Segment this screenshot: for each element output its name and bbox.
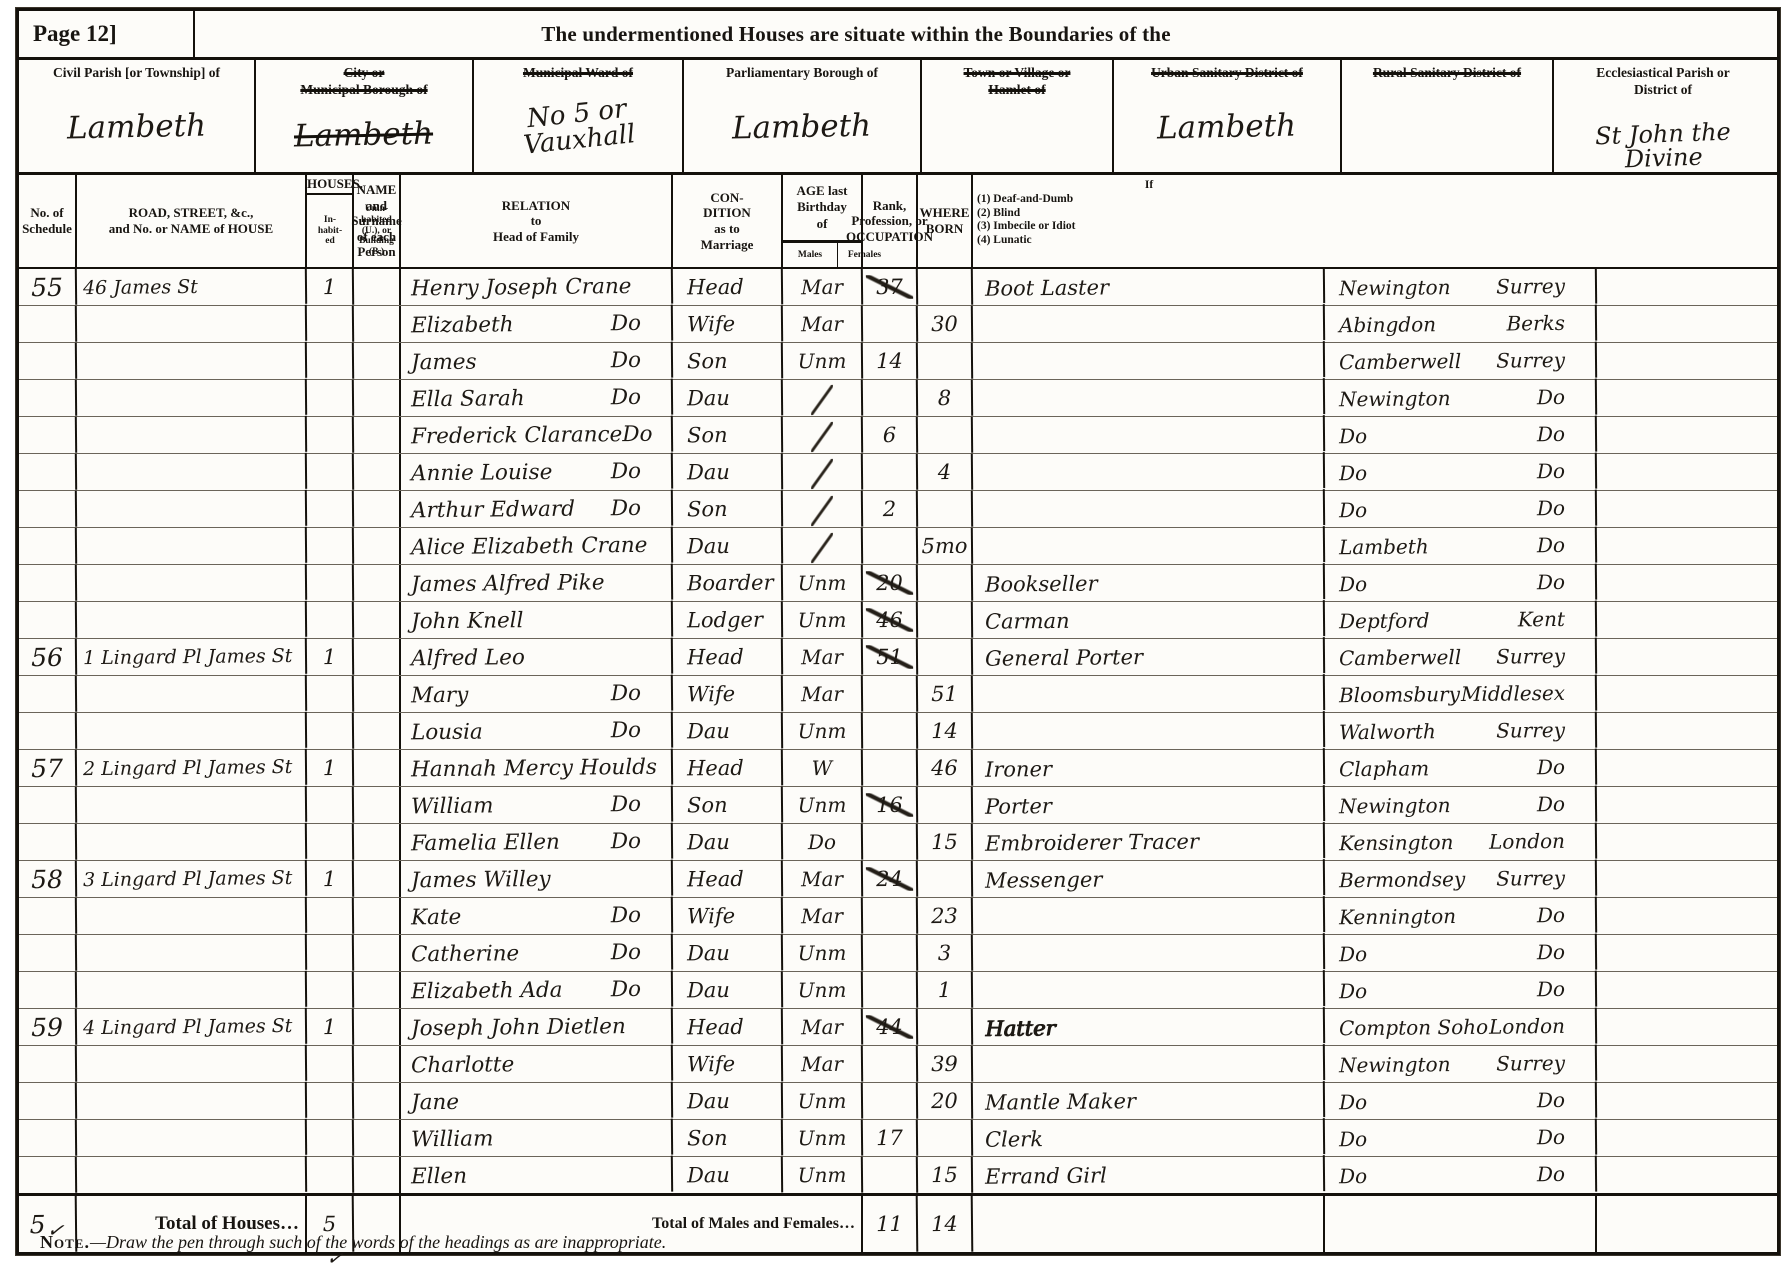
person-name: Joseph John Dietlen — [411, 1014, 626, 1041]
inhabited-cell — [307, 713, 354, 749]
district-value: No 5 or Vauxhall — [518, 76, 639, 177]
inhabited-cell — [307, 898, 354, 934]
district-label: Town or Village or Hamlet of — [964, 60, 1071, 99]
born-place: Bloomsbury — [1339, 682, 1460, 707]
age-male-cell — [863, 306, 918, 343]
age-male-value: 51 — [866, 645, 913, 669]
uninhabited-cell — [354, 787, 401, 823]
born-place: Newington — [1339, 793, 1451, 818]
name-cell: Famelia EllenDo — [401, 823, 673, 862]
age-male-cell — [863, 824, 918, 861]
person-name: Elizabeth Ada — [411, 977, 563, 1004]
condition-cell — [783, 380, 863, 417]
road-cell: 3 Lingard Pl James St — [77, 860, 307, 898]
road-cell — [77, 453, 307, 491]
col-born: WHERE BORN — [918, 175, 973, 267]
person-name: Henry Joseph Crane — [411, 274, 632, 301]
age-female-value: 46 — [931, 756, 958, 780]
age-female-cell — [918, 1009, 973, 1046]
born-cell: DoDo — [1325, 971, 1597, 1010]
uninhabited-cell — [354, 713, 401, 749]
district-value: Lambeth — [66, 80, 207, 173]
born-cell: NewingtonSurrey — [1325, 1045, 1597, 1084]
district-label: Urban Sanitary District of — [1151, 60, 1303, 82]
infirmity-cell — [1597, 824, 1769, 860]
age-male-cell — [863, 713, 918, 750]
road-cell — [77, 934, 307, 972]
table-row: James Alfred PikeBoarderUnm20BooksellerD… — [19, 565, 1777, 602]
condition-cell: Unm — [783, 565, 863, 602]
person-name: Lousia — [411, 719, 483, 745]
born-county: Do — [1537, 755, 1565, 779]
schedule-cell: 55 — [19, 269, 77, 306]
inhabited-cell — [307, 306, 354, 342]
relation-cell: Dau — [673, 379, 783, 416]
uninhabited-cell — [354, 750, 401, 786]
inhabited-cell — [307, 1157, 354, 1193]
surname-ditto: Do — [611, 828, 641, 853]
condition-cell: Unm — [783, 1120, 863, 1157]
total-occupation-cell — [973, 1196, 1325, 1252]
col-condition: CON- DITION as to Marriage — [673, 175, 783, 267]
age-male-value: 44 — [866, 1015, 913, 1039]
occupation-cell — [973, 896, 1325, 936]
name-cell: JamesDo — [401, 342, 673, 381]
district-value: Lambeth — [732, 80, 873, 173]
occupation-cell — [973, 378, 1325, 418]
age-male-cell — [863, 1046, 918, 1083]
total-males-value: 11 — [863, 1196, 919, 1253]
col-infirmities-list: (1) Deaf-and-Dumb (2) Blind (3) Imbecile… — [977, 193, 1075, 248]
age-female-value: 30 — [931, 312, 958, 336]
infirmity-cell — [1597, 565, 1769, 601]
occupation-cell: Porter — [973, 785, 1325, 825]
col-houses-group: HOUSES. In- habit- ed Unin- habited (U.)… — [307, 175, 354, 267]
road-cell — [77, 712, 307, 750]
inhabited-cell — [307, 343, 354, 379]
table-header: No. of Schedule ROAD, STREET, &c., and N… — [19, 175, 1777, 269]
age-female-value: 15 — [931, 830, 958, 854]
age-female-cell — [918, 417, 973, 454]
uninhabited-cell — [354, 602, 401, 638]
relation-cell: Son — [673, 416, 783, 453]
road-cell — [77, 564, 307, 602]
surname-ditto: Do — [611, 495, 641, 520]
age-female-cell — [918, 1120, 973, 1157]
pen-slash-mark — [811, 422, 833, 452]
inhabited-cell — [307, 602, 354, 638]
relation-cell: Head — [673, 638, 783, 675]
table-row: LousiaDoDauUnm14WalworthSurrey — [19, 713, 1777, 750]
district-cell: City or Municipal Borough ofLambeth — [256, 60, 474, 172]
born-county: Surrey — [1496, 718, 1565, 743]
infirmity-cell — [1597, 787, 1769, 823]
infirmity-cell — [1597, 343, 1769, 379]
age-female-cell: 3 — [918, 935, 973, 972]
name-cell: Ella SarahDo — [401, 379, 673, 418]
age-female-cell: 15 — [918, 824, 973, 861]
road-cell — [77, 342, 307, 380]
name-cell: CatherineDo — [401, 934, 673, 973]
name-cell: WilliamDo — [401, 786, 673, 825]
person-name: William — [411, 1126, 494, 1152]
relation-cell: Lodger — [673, 601, 783, 638]
condition-cell: Unm — [783, 343, 863, 380]
born-place: Do — [1339, 498, 1367, 522]
born-cell: AbingdonBerks — [1325, 305, 1597, 344]
infirmity-cell — [1597, 380, 1769, 416]
table-row: CharlotteWifeMar39NewingtonSurrey — [19, 1046, 1777, 1083]
person-name: Arthur Edward — [411, 496, 575, 523]
relation-cell: Dau — [673, 712, 783, 749]
born-county: Do — [1537, 570, 1565, 594]
condition-cell — [783, 491, 863, 528]
name-cell: William — [401, 1119, 673, 1158]
condition-cell: W — [783, 750, 863, 787]
age-male-cell: 46 — [863, 602, 918, 639]
born-county: Do — [1537, 977, 1565, 1001]
district-label: Ecclesiastical Parish or District of — [1596, 60, 1729, 99]
col-males: Males — [783, 243, 838, 267]
condition-cell: Unm — [783, 935, 863, 972]
road-cell: 46 James St — [77, 268, 307, 306]
infirmity-cell — [1597, 1046, 1769, 1082]
condition-cell — [783, 417, 863, 454]
infirmity-cell — [1597, 935, 1769, 971]
born-county: Surrey — [1496, 274, 1565, 299]
born-county: Berks — [1506, 311, 1565, 336]
inhabited-cell — [307, 935, 354, 971]
infirmity-cell — [1597, 269, 1769, 305]
condition-cell: Mar — [783, 269, 863, 306]
relation-cell: Dau — [673, 934, 783, 971]
surname-ditto: Do — [611, 347, 641, 372]
person-name: Kate — [411, 904, 462, 930]
uninhabited-cell — [354, 269, 401, 305]
table-row: CatherineDoDauUnm3DoDo — [19, 935, 1777, 972]
uninhabited-cell — [354, 1046, 401, 1082]
district-label: Civil Parish [or Township] of — [53, 60, 220, 82]
person-name: Alice Elizabeth Crane — [411, 532, 648, 559]
occupation-cell — [973, 526, 1325, 566]
occupation-cell — [973, 933, 1325, 973]
name-cell: KateDo — [401, 897, 673, 936]
surname-ditto: Do — [611, 680, 641, 705]
table-row: Alice Elizabeth CraneDau5moLambethDo — [19, 528, 1777, 565]
infirmity-cell — [1597, 528, 1769, 564]
inhabited-cell — [307, 528, 354, 564]
born-cell: KensingtonLondon — [1325, 823, 1597, 862]
pen-slash-mark — [811, 533, 833, 563]
col-schedule: No. of Schedule — [19, 175, 77, 267]
infirmity-cell — [1597, 639, 1769, 675]
age-female-cell — [918, 639, 973, 676]
table-row: Arthur EdwardDoSon2DoDo — [19, 491, 1777, 528]
table-row: Ella SarahDoDau8NewingtonDo — [19, 380, 1777, 417]
district-value — [1016, 99, 1018, 172]
name-cell: Ellen — [401, 1156, 673, 1195]
person-name: Frederick Clarance — [411, 422, 623, 449]
condition-cell: Mar — [783, 676, 863, 713]
born-county: Do — [1537, 1088, 1565, 1112]
name-cell: Alice Elizabeth Crane — [401, 527, 673, 566]
name-cell: Alfred Leo — [401, 638, 673, 677]
table-row: Annie LouiseDoDau4DoDo — [19, 454, 1777, 491]
uninhabited-cell — [354, 1120, 401, 1156]
born-county: Do — [1537, 422, 1565, 446]
age-male-cell: 20 — [863, 565, 918, 602]
note-text: —Draw the pen through such of the words … — [90, 1232, 666, 1252]
condition-cell: Mar — [783, 861, 863, 898]
table-row: John KnellLodgerUnm46CarmanDeptfordKent — [19, 602, 1777, 639]
infirmity-cell — [1597, 602, 1769, 638]
age-male-cell — [863, 935, 918, 972]
age-female-cell: 1 — [918, 972, 973, 1009]
infirmity-cell — [1597, 1157, 1769, 1193]
age-female-cell: 8 — [918, 380, 973, 417]
table-row: 572 Lingard Pl James St1Hannah Mercy Hou… — [19, 750, 1777, 787]
person-name: Elizabeth — [411, 312, 514, 338]
relation-cell: Boarder — [673, 564, 783, 601]
total-females-value: 14 — [918, 1196, 974, 1253]
age-female-cell: 4 — [918, 454, 973, 491]
road-cell — [77, 305, 307, 343]
name-cell: Henry Joseph Crane — [401, 268, 673, 307]
inhabited-cell: 1 — [307, 861, 354, 897]
district-header: Civil Parish [or Township] ofLambethCity… — [19, 60, 1777, 175]
col-occupation: Rank, Profession, or OCCUPATION — [863, 175, 918, 267]
table-row: KateDoWifeMar23KenningtonDo — [19, 898, 1777, 935]
person-name: James Alfred Pike — [411, 570, 605, 597]
born-county: Surrey — [1496, 866, 1565, 891]
name-cell: Annie LouiseDo — [401, 453, 673, 492]
col-infirmities: If (1) Deaf-and-Dumb (2) Blind (3) Imbec… — [973, 175, 1325, 267]
schedule-cell — [19, 417, 77, 454]
age-male-cell — [863, 676, 918, 713]
relation-cell: Son — [673, 490, 783, 527]
road-cell — [77, 897, 307, 935]
age-female-cell — [918, 269, 973, 306]
name-cell: MaryDo — [401, 675, 673, 714]
condition-cell: Do — [783, 824, 863, 861]
condition-cell — [783, 528, 863, 565]
age-female-cell: 20 — [918, 1083, 973, 1120]
occupation-cell: Embroiderer Tracer — [973, 822, 1325, 862]
surname-ditto: Do — [611, 939, 641, 964]
person-name: Alfred Leo — [411, 645, 525, 671]
age-female-value: 20 — [931, 1089, 958, 1113]
born-county: Do — [1537, 385, 1565, 409]
born-county: Do — [1537, 459, 1565, 483]
born-place: Kennington — [1339, 904, 1456, 929]
occupation-cell: Ironer — [973, 748, 1325, 788]
born-county: Do — [1537, 496, 1565, 520]
surname-ditto: Do — [611, 902, 641, 927]
col-infirmities-title: If — [977, 179, 1321, 193]
pen-slash-mark — [811, 459, 833, 489]
uninhabited-cell — [354, 565, 401, 601]
uninhabited-cell — [354, 861, 401, 897]
age-male-cell — [863, 898, 918, 935]
age-male-cell: 17 — [863, 1120, 918, 1157]
occupation-cell: Mantle Maker — [973, 1081, 1325, 1121]
inhabited-cell — [307, 380, 354, 416]
schedule-cell — [19, 898, 77, 935]
age-male-value: 17 — [876, 1126, 903, 1150]
person-name: Famelia Ellen — [411, 829, 560, 856]
person-name: Jane — [411, 1089, 459, 1115]
name-cell: Charlotte — [401, 1045, 673, 1084]
road-cell — [77, 490, 307, 528]
born-place: Do — [1339, 1127, 1367, 1151]
table-row: Frederick ClaranceDoSon6DoDo — [19, 417, 1777, 454]
born-cell: DoDo — [1325, 1119, 1597, 1158]
inhabited-cell — [307, 1120, 354, 1156]
district-cell: Civil Parish [or Township] ofLambeth — [19, 60, 256, 172]
age-female-cell: 15 — [918, 1157, 973, 1194]
infirmity-cell — [1597, 676, 1769, 712]
uninhabited-cell — [354, 306, 401, 342]
surname-ditto: Do — [611, 384, 641, 409]
uninhabited-cell — [354, 972, 401, 1008]
born-cell: CamberwellSurrey — [1325, 342, 1597, 381]
born-cell: DoDo — [1325, 490, 1597, 529]
occupation-cell: Carman — [973, 600, 1325, 640]
person-name: Annie Louise — [411, 459, 553, 485]
age-female-value: 1 — [938, 978, 952, 1002]
born-cell: CamberwellSurrey — [1325, 638, 1597, 677]
table-row: 583 Lingard Pl James St1James WilleyHead… — [19, 861, 1777, 898]
relation-cell: Dau — [673, 453, 783, 490]
condition-cell: Unm — [783, 972, 863, 1009]
schedule-cell — [19, 972, 77, 1009]
table-row: WilliamSonUnm17ClerkDoDo — [19, 1120, 1777, 1157]
born-cell: LambethDo — [1325, 527, 1597, 566]
table-row: MaryDoWifeMar51BloomsburyMiddlesex — [19, 676, 1777, 713]
road-cell — [77, 1082, 307, 1120]
occupation-cell — [973, 415, 1325, 455]
age-male-cell: 2 — [863, 491, 918, 528]
schedule-cell — [19, 1120, 77, 1157]
total-born-cell — [1325, 1196, 1597, 1252]
person-name: Charlotte — [411, 1052, 514, 1078]
table-row: 594 Lingard Pl James St1Joseph John Diet… — [19, 1009, 1777, 1046]
col-inhabited: In- habit- ed — [307, 195, 354, 267]
total-infirmities-cell — [1597, 1196, 1769, 1252]
age-female-cell — [918, 565, 973, 602]
uninhabited-cell — [354, 491, 401, 527]
surname-ditto: Do — [622, 421, 652, 446]
inhabited-cell — [307, 787, 354, 823]
relation-cell: Wife — [673, 305, 783, 342]
occupation-cell — [973, 452, 1325, 492]
schedule-cell — [19, 1083, 77, 1120]
occupation-cell — [973, 1044, 1325, 1084]
occupation-cell — [973, 711, 1325, 751]
census-page: Page 12] The undermentioned Houses are s… — [16, 8, 1780, 1255]
road-cell — [77, 1119, 307, 1157]
inhabited-cell — [307, 824, 354, 860]
born-county: Do — [1537, 1162, 1565, 1186]
person-name: John Knell — [411, 608, 524, 634]
born-place: Do — [1339, 461, 1367, 485]
born-cell: WalworthSurrey — [1325, 712, 1597, 751]
district-value: St John the Divine — [1553, 95, 1773, 176]
age-female-value: 51 — [931, 682, 958, 706]
name-cell: Jane — [401, 1082, 673, 1121]
born-cell: DeptfordKent — [1325, 601, 1597, 640]
inhabited-cell — [307, 972, 354, 1008]
age-male-cell: 14 — [863, 343, 918, 380]
born-cell: DoDo — [1325, 564, 1597, 603]
born-cell: NewingtonSurrey — [1325, 268, 1597, 307]
person-name: James — [411, 349, 477, 375]
born-county: Do — [1537, 903, 1565, 927]
road-cell — [77, 601, 307, 639]
age-female-value: 5mo — [921, 534, 967, 558]
born-place: Clapham — [1339, 756, 1429, 781]
road-cell — [77, 823, 307, 861]
relation-cell: Son — [673, 786, 783, 823]
born-place: Camberwell — [1339, 645, 1461, 670]
person-name: Ellen — [411, 1163, 467, 1189]
person-name: Hannah Mercy Houlds — [411, 754, 657, 782]
table-row: 5546 James St1Henry Joseph CraneHeadMar3… — [19, 269, 1777, 306]
schedule-cell — [19, 935, 77, 972]
infirmity-cell — [1597, 491, 1769, 527]
schedule-cell — [19, 676, 77, 713]
infirmity-cell — [1597, 750, 1769, 786]
age-female-value: 23 — [931, 904, 958, 928]
person-name: Mary — [411, 682, 469, 708]
road-cell: 1 Lingard Pl James St — [77, 638, 307, 676]
born-place: Deptford — [1339, 608, 1430, 633]
road-cell — [77, 1045, 307, 1083]
district-cell: Ecclesiastical Parish or District ofSt J… — [1554, 60, 1772, 172]
inhabited-cell — [307, 1083, 354, 1119]
occupation-cell — [973, 489, 1325, 529]
relation-cell: Head — [673, 860, 783, 897]
occupation-cell — [973, 304, 1325, 344]
district-value — [1446, 82, 1448, 172]
uninhabited-cell — [354, 639, 401, 675]
schedule-cell — [19, 306, 77, 343]
surname-ditto: Do — [611, 976, 641, 1001]
name-cell: Elizabeth AdaDo — [401, 971, 673, 1010]
inhabited-cell — [307, 1046, 354, 1082]
condition-cell: Unm — [783, 1083, 863, 1120]
occupation-cell — [973, 341, 1325, 381]
name-cell: Hannah Mercy Houlds — [401, 749, 673, 788]
age-female-cell: 51 — [918, 676, 973, 713]
occupation-cell: Hatter — [973, 1007, 1325, 1047]
born-cell: DoDo — [1325, 1082, 1597, 1121]
age-male-cell — [863, 1157, 918, 1194]
born-place: Do — [1339, 1090, 1367, 1114]
name-cell: Joseph John Dietlen — [401, 1008, 673, 1047]
infirmity-cell — [1597, 861, 1769, 897]
infirmity-cell — [1597, 454, 1769, 490]
surname-ditto: Do — [611, 310, 641, 335]
name-cell: ElizabethDo — [401, 305, 673, 344]
footer-note: Note.—Draw the pen through such of the w… — [40, 1232, 666, 1253]
schedule-cell — [19, 1046, 77, 1083]
age-female-cell: 46 — [918, 750, 973, 787]
person-name: James Willey — [411, 866, 551, 892]
born-place: Abingdon — [1339, 312, 1436, 337]
age-male-cell: 37 — [863, 269, 918, 306]
born-place: Bermondsey — [1339, 867, 1465, 892]
